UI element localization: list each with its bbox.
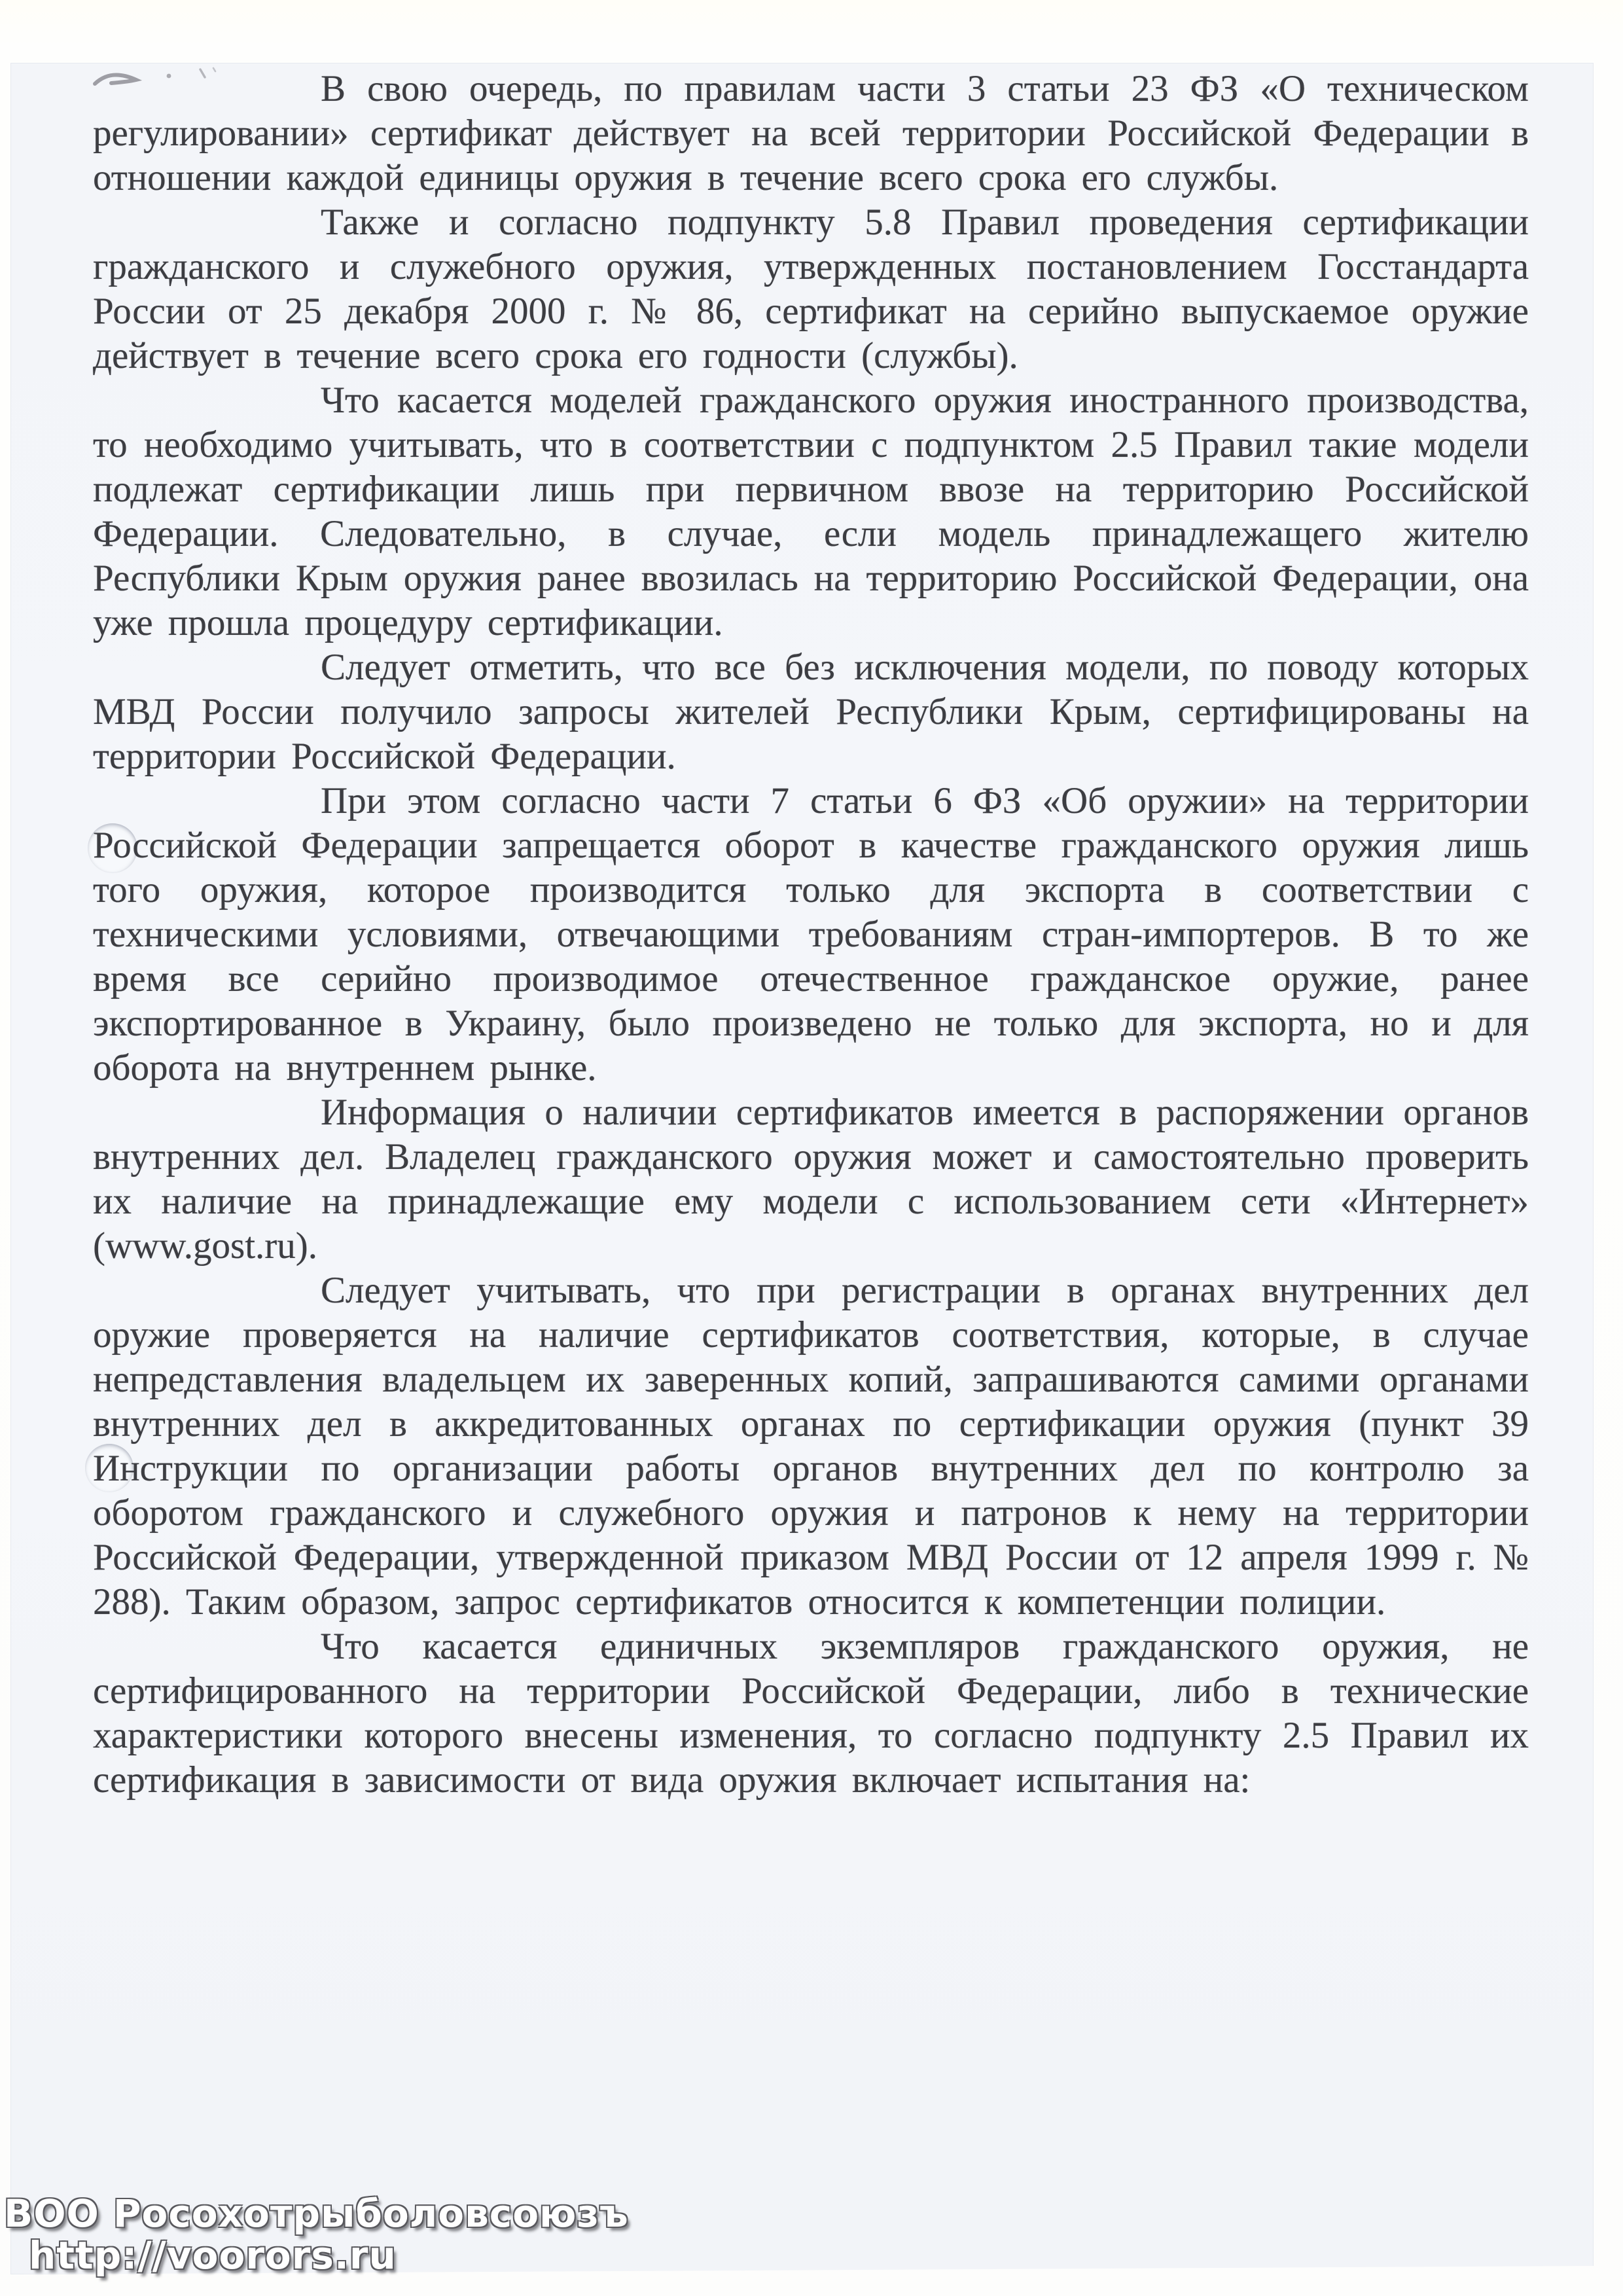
paragraph-1: В свою очередь, по правилам части 3 стат…: [93, 67, 1529, 200]
watermark: ВОО Росохотрыболовсоюзъ http://voorors.r…: [4, 2193, 629, 2276]
paragraph-7: Следует учитывать, что при регистрации в…: [93, 1268, 1529, 1624]
paragraph-6: Информация о наличии сертификатов имеетс…: [93, 1090, 1529, 1268]
paragraph-3: Что касается моделей гражданского оружия…: [93, 378, 1529, 645]
paragraph-5: При этом согласно части 7 статьи 6 ФЗ «О…: [93, 779, 1529, 1090]
document-body-text: В свою очередь, по правилам части 3 стат…: [93, 67, 1529, 1803]
paragraph-2: Также и согласно подпункту 5.8 Правил пр…: [93, 200, 1529, 378]
watermark-url: http://voorors.ru: [29, 2234, 629, 2276]
watermark-org-name: ВОО Росохотрыболовсоюзъ: [4, 2193, 629, 2234]
paragraph-8: Что касается единичных экземпляров гражд…: [93, 1624, 1529, 1803]
paragraph-4: Следует отметить, что все без исключения…: [93, 645, 1529, 779]
scan-page: В свою очередь, по правилам части 3 стат…: [0, 0, 1623, 2296]
